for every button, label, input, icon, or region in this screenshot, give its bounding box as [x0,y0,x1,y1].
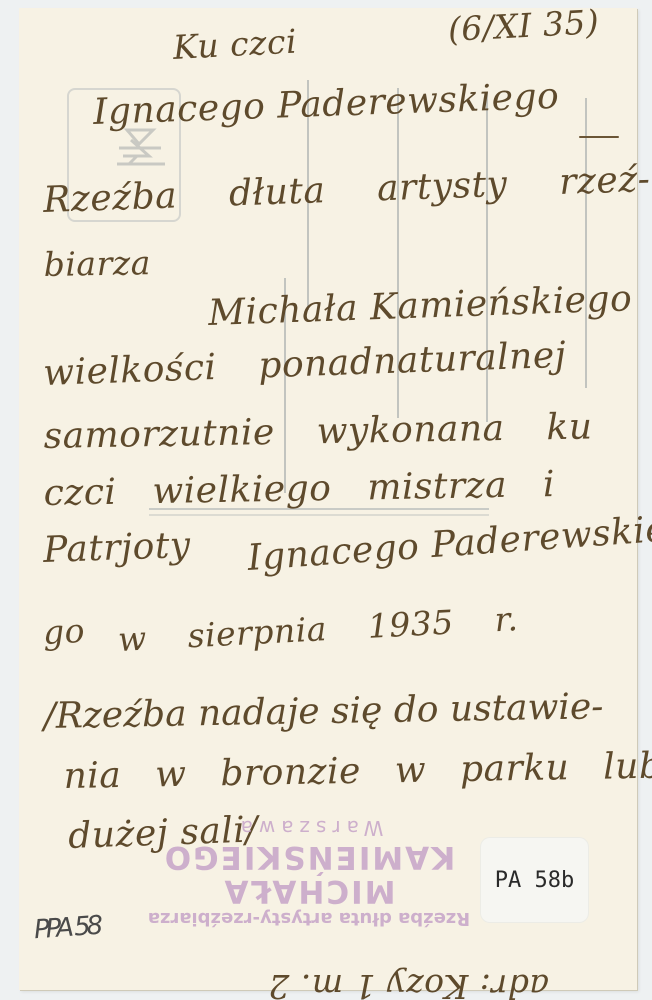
handwriting-line: Patrjoty [43,525,192,571]
handwriting-line: /Rzeźba nadaje się do ustawie- [43,686,603,737]
archive-label-text: PA 58b [495,868,574,893]
handwriting-line: Ignacego Paderewskiego [93,76,560,133]
ruled-line-4 [585,98,587,388]
ink-dash [579,136,619,138]
handwriting-line: Ignacego Paderewskie- [246,508,652,579]
pencil-note: PPA 58 [33,911,100,945]
ruled-bar [149,514,489,516]
stamp-line-2: MICHAŁA KAMIEŃSKIEGO [139,840,479,908]
handwriting-line: czci wielkiego mistrza i [43,464,555,514]
date-text: (6/XI 35) [447,2,600,49]
handwriting-line: nia w bronzie w parku lub [63,746,652,797]
handwriting-line: go [42,611,86,652]
handwriting-line: w sierpnia 1935 r. [117,599,519,659]
archive-label: PA 58b [481,838,588,922]
greeting-text: Ku czci [172,22,298,67]
handwriting-line: wielkości ponadnaturalnej [43,335,567,394]
handwriting-line: Michała Kamieńskiego [208,278,633,334]
stamp-line-1: Rzeźba dłuta artysty-rzeźbiarza [139,908,479,929]
address-text: adr: Kozy 1 m. 2 [268,967,549,1000]
handwriting-line: biarza [43,243,151,284]
postcard: Ku czci (6/XI 35) Ignacego Paderewskiego… [19,8,637,990]
handwriting-line: samorzutnie wykonana ku [43,406,593,457]
stamp-line-3: Warszawa [139,816,479,840]
sculpture-logo-icon [109,126,171,172]
sculptor-stamp: Rzeźba dłuta artysty-rzeźbiarza MICHAŁA … [139,833,479,933]
